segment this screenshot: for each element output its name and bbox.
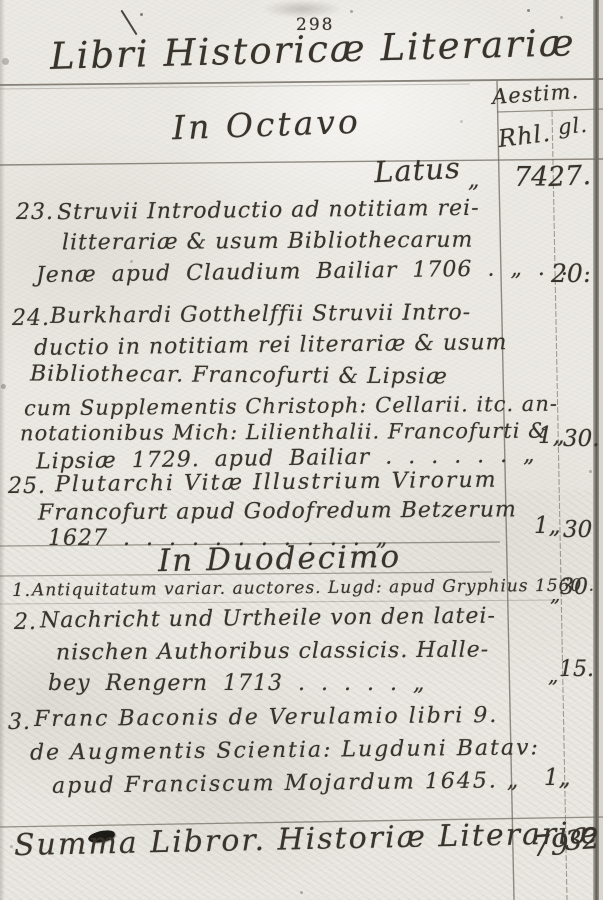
section-heading-octavo: In Octavo [171,102,361,148]
entry-25-number: 25. [8,474,46,499]
entry-24-amount-groschen: 30. [563,426,600,452]
entry-2-amount-groschen: 15. [559,657,594,682]
entry-2-line-1: Nachricht und Urtheile von den latei- [40,604,496,634]
latus-amount-thaler: 74 [514,162,548,193]
entry-23-line-1: Struvii Introductio ad notitiam rei- [57,196,480,225]
entry-2-line-3: bey Rengern 1713 . . . . . „ [48,671,425,696]
entry-3-line-1: Franc Baconis de Verulamio libri 9. [34,703,499,732]
entry-23-amount-groschen: 20. [551,259,591,288]
entry-24-line-5: notationibus Mich: Lilienthalii. Francof… [20,419,548,446]
entry-1-number: 1. [12,580,31,601]
entry-1-amount-groschen: 30 [560,575,588,600]
entry-23-number: 23. [16,200,54,225]
entry-3-line-2: de Augmentis Scientia: Lugduni Batav: [30,735,540,765]
groschen-column-header: gl. [557,113,589,140]
entry-3-number: 3. [8,710,31,735]
summa-amount-groschen: 32 [564,824,600,857]
latus-label: Latus [373,151,461,189]
latus-separator: „ [468,168,480,193]
entry-1-amount-thaler: „ [550,582,560,606]
manuscript-page: 298 Libri Historicæ Literariæ Aestim. Rh… [0,0,603,900]
entry-24-line-1: Burkhardi Gotthelffii Struvii Intro- [50,300,471,329]
entry-25-line-2: Francofurt apud Godofredum Betzerum [38,497,517,525]
entry-23-line-2: litterariæ & usum Bibliothecarum [62,228,473,256]
entry-25-amount-groschen: 30 [563,517,592,543]
entry-3-amount-thaler: 1„ [544,765,571,791]
entry-2-number: 2. [14,610,37,635]
entry-24-line-4: cum Supplementis Christoph: Cellarii. it… [24,392,558,421]
entry-2-line-2: nischen Authoribus classicis. Halle- [56,637,489,665]
entry-24-amount-thaler: 1„ [538,423,565,449]
section-heading-duodecimo: In Duodecimo [158,539,402,579]
entry-24-number: 24. [12,306,50,331]
entry-2-amount-thaler: „ [548,663,558,687]
latus-amount-groschen: 27. [547,160,592,193]
entry-25-line-1: Plutarchi Vitæ Illustrium Virorum [55,468,498,498]
entry-24-line-3: Bibliothecar. Francofurti & Lipsiæ [30,362,448,390]
entry-25-amount-thaler: 1„ [534,513,561,539]
